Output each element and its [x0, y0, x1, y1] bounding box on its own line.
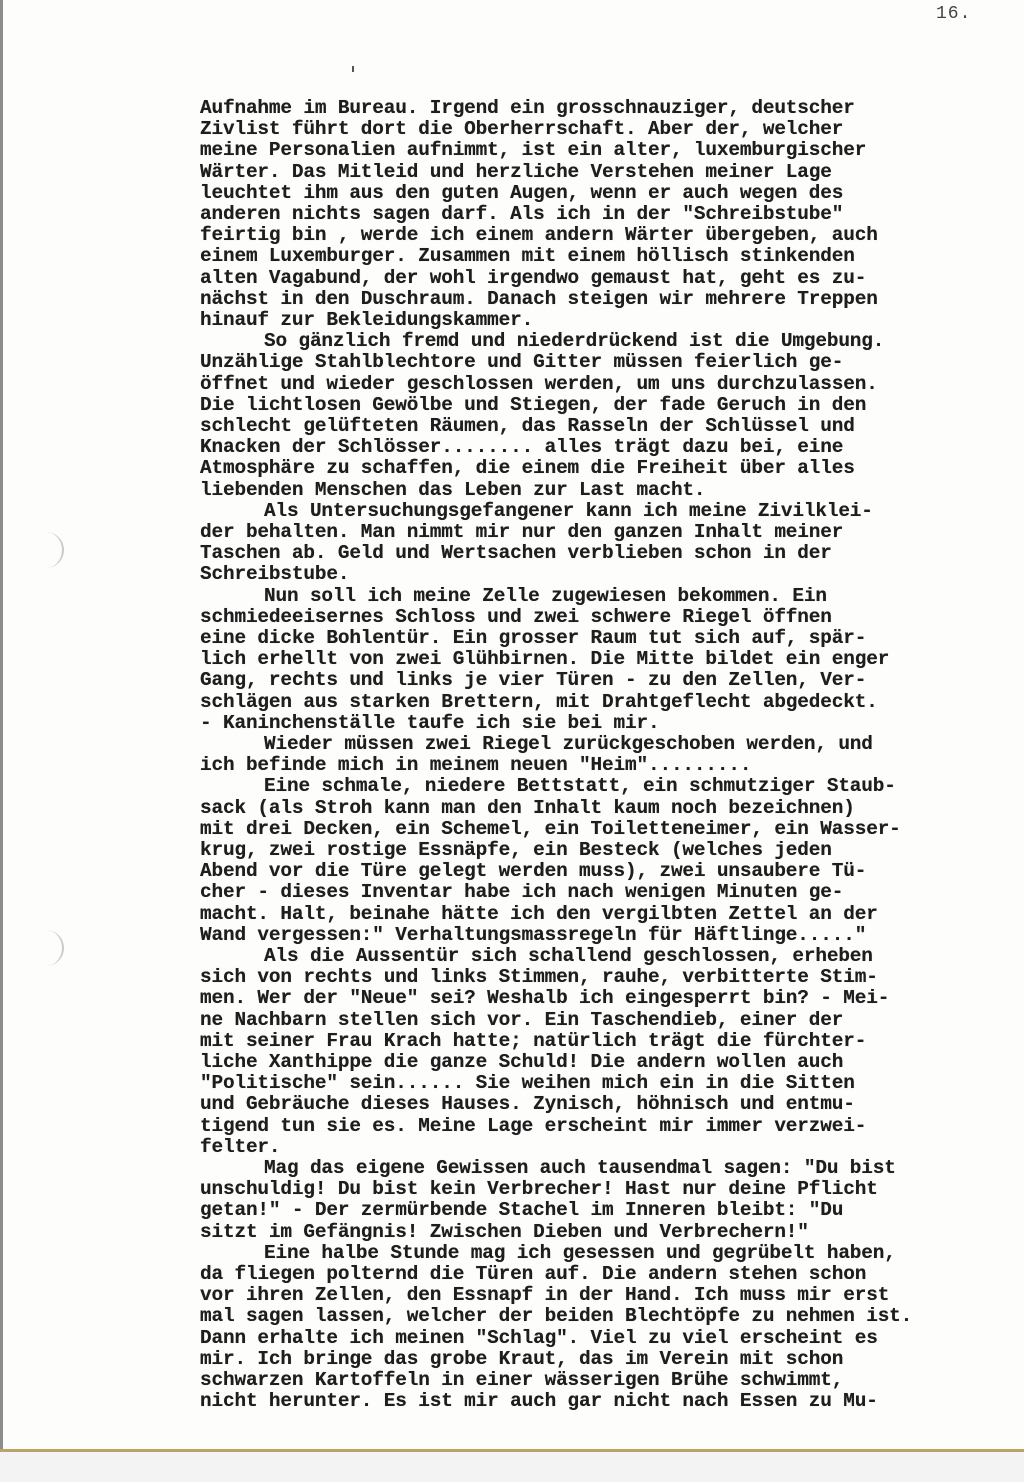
- text-line: krug, zwei rostige Essnäpfe, ein Besteck…: [200, 840, 832, 861]
- text-line: liebenden Menschen das Leben zur Last ma…: [200, 480, 705, 501]
- text-line: Zivlist führt dort die Oberherrschaft. A…: [200, 119, 843, 140]
- text-line: men. Wer der "Neue" sei? Weshalb ich ein…: [200, 988, 889, 1009]
- text-line: hinauf zur Bekleidungskammer.: [200, 310, 533, 331]
- text-line: So gänzlich fremd und niederdrückend ist…: [264, 331, 884, 352]
- text-line: cher - dieses Inventar habe ich nach wen…: [200, 882, 843, 903]
- text-line: macht. Halt, beinahe hätte ich den vergi…: [200, 904, 878, 925]
- text-line: felter.: [200, 1137, 280, 1158]
- text-line: "Politische" sein...... Sie weihen mich …: [200, 1073, 855, 1094]
- text-line: schwarzen Kartoffeln in einer wässerigen…: [200, 1370, 843, 1391]
- punch-hole-top: [40, 532, 64, 568]
- text-line: feirtig bin , werde ich einem andern Wär…: [200, 225, 878, 246]
- text-line: der behalten. Man nimmt mir nur den ganz…: [200, 522, 843, 543]
- text-line: schmiedeeisernes Schloss und zwei schwer…: [200, 607, 832, 628]
- text-line: und Gebräuche dieses Hauses. Zynisch, hö…: [200, 1094, 855, 1115]
- text-line: alten Vagabund, der wohl irgendwo gemaus…: [200, 268, 866, 289]
- text-line: Nun soll ich meine Zelle zugewiesen beko…: [264, 586, 827, 607]
- text-line: Atmosphäre zu schaffen, die einem die Fr…: [200, 458, 855, 479]
- text-line: Gang, rechts und links je vier Türen - z…: [200, 670, 866, 691]
- text-line: Schreibstube.: [200, 564, 349, 585]
- text-line: anderen nichts sagen darf. Als ich in de…: [200, 204, 843, 225]
- text-line: Als die Aussentür sich schallend geschlo…: [264, 946, 873, 967]
- text-line: liche Xanthippe die ganze Schuld! Die an…: [200, 1052, 843, 1073]
- text-line: Knacken der Schlösser........ alles träg…: [200, 437, 843, 458]
- text-line: mal sagen lassen, welcher der beiden Ble…: [200, 1306, 912, 1327]
- text-line: Eine schmale, niedere Bettstatt, ein sch…: [264, 776, 896, 797]
- text-line: nächst in den Duschraum. Danach steigen …: [200, 289, 878, 310]
- scan-bottom-margin: [0, 1452, 1024, 1482]
- text-line: da fliegen polternd die Türen auf. Die a…: [200, 1264, 866, 1285]
- text-line: lich erhellt von zwei Glühbirnen. Die Mi…: [200, 649, 889, 670]
- text-line: tigend tun sie es. Meine Lage erscheint …: [200, 1116, 866, 1137]
- text-line: Wärter. Das Mitleid und herzliche Verste…: [200, 162, 832, 183]
- text-line: Abend vor die Türe gelegt werden muss), …: [200, 861, 866, 882]
- text-line: öffnet und wieder geschlossen werden, um…: [200, 374, 878, 395]
- text-line: eine dicke Bohlentür. Ein grosser Raum t…: [200, 628, 866, 649]
- text-line: mit drei Decken, ein Schemel, ein Toilet…: [200, 819, 901, 840]
- document-page: 16. Aufnahme im Bureau. Irgend ein gross…: [0, 0, 1024, 1482]
- text-line: - Kaninchenställe taufe ich sie bei mir.: [200, 713, 659, 734]
- text-line: schlägen aus starken Brettern, mit Draht…: [200, 692, 878, 713]
- text-line: ne Nachbarn stellen sich vor. Ein Tasche…: [200, 1010, 843, 1031]
- text-line: ich befinde mich in meinem neuen "Heim".…: [200, 755, 751, 776]
- stray-mark: [352, 66, 354, 72]
- text-line: Als Untersuchungsgefangener kann ich mei…: [264, 501, 873, 522]
- text-line: vor ihren Zellen, den Essnapf in der Han…: [200, 1285, 889, 1306]
- text-line: meine Personalien aufnimmt, ist ein alte…: [200, 140, 866, 161]
- text-line: Eine halbe Stunde mag ich gesessen und g…: [264, 1243, 896, 1264]
- text-line: Unzählige Stahlblechtore und Gitter müss…: [200, 352, 843, 373]
- text-line: nicht herunter. Es ist mir auch gar nich…: [200, 1391, 878, 1412]
- text-line: Wieder müssen zwei Riegel zurückgeschobe…: [264, 734, 873, 755]
- text-line: leuchtet ihm aus den guten Augen, wenn e…: [200, 183, 843, 204]
- text-line: mir. Ich bringe das grobe Kraut, das im …: [200, 1349, 843, 1370]
- text-line: sich von rechts und links Stimmen, rauhe…: [200, 967, 878, 988]
- text-line: unschuldig! Du bist kein Verbrecher! Has…: [200, 1179, 878, 1200]
- text-line: getan!" - Der zermürbende Stachel im Inn…: [200, 1200, 843, 1221]
- text-line: Aufnahme im Bureau. Irgend ein grosschna…: [200, 98, 855, 119]
- text-line: sack (als Stroh kann man den Inhalt kaum…: [200, 798, 855, 819]
- text-line: Wand vergessen:" Verhaltungsmassregeln f…: [200, 925, 866, 946]
- page-left-edge: [0, 0, 3, 1450]
- text-line: Taschen ab. Geld und Wertsachen verblieb…: [200, 543, 832, 564]
- text-line: Mag das eigene Gewissen auch tausendmal …: [264, 1158, 896, 1179]
- text-line: mit seiner Frau Krach hatte; natürlich t…: [200, 1031, 866, 1052]
- text-line: einem Luxemburger. Zusammen mit einem hö…: [200, 246, 855, 267]
- text-line: Dann erhalte ich meinen "Schlag". Viel z…: [200, 1328, 878, 1349]
- punch-hole-bottom: [40, 930, 64, 966]
- text-line: Die lichtlosen Gewölbe und Stiegen, der …: [200, 395, 866, 416]
- text-line: sitzt im Gefängnis! Zwischen Dieben und …: [200, 1222, 809, 1243]
- text-line: schlecht gelüfteten Räumen, das Rasseln …: [200, 416, 855, 437]
- page-number: 16.: [936, 4, 971, 24]
